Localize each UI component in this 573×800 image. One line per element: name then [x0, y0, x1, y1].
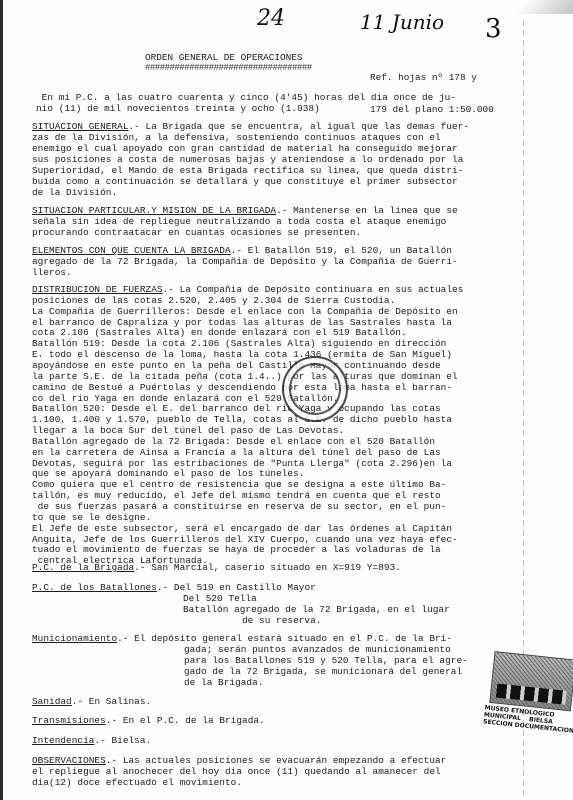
corner-smudge	[513, 0, 573, 14]
handwritten-date: 11 Junio	[360, 10, 444, 34]
text-line: to que se le designe.	[32, 513, 151, 524]
text-line: de sus fuerzas pasará a constituirse en …	[32, 502, 446, 513]
text-line: en la carretera de Ainsa a Francia a la …	[32, 448, 441, 459]
section-heading: OBSERVACIONES	[32, 755, 106, 766]
text-line: el repliegue al anochecer del hoy dia on…	[32, 767, 441, 778]
text-line: dia(12) doce efectuado el movimiento.	[32, 778, 242, 789]
text-line: posiciones de las cotas 2.520, 2.405 y 2…	[32, 296, 395, 307]
text-line: gado de la 72 Brigada, se municionará de…	[184, 667, 462, 678]
text-line: la parte S.E. de la citada peña (cota 1.…	[32, 372, 458, 383]
pc-brigada: P.C. de la Brigada.- San Marcial, caserí…	[32, 563, 401, 574]
section-heading: Municionamiento	[32, 633, 117, 644]
text-line: Batallón agregado de la 72 Brigada: Desd…	[32, 437, 435, 448]
text-line: para los Batallones 519 y 520 Tella, par…	[184, 656, 468, 667]
museum-stamp: MUSEO ETNOLOGICO MUNICIPAL BIELSA SECCIO…	[482, 651, 573, 745]
text-line: de su reserva.	[242, 616, 321, 627]
text-line: de la División.	[32, 188, 117, 199]
map-reference-line1: Ref. hojas nº 178 y	[370, 73, 494, 84]
section-heading: Transmisiones	[32, 715, 106, 726]
round-seal	[282, 356, 348, 422]
intro-line1: En mi P.C. a las cuatro cuarenta y cinco…	[36, 93, 456, 104]
text-line: lleros.	[32, 268, 72, 279]
intro-line2: nio (11) de mil novecientos treinta y oc…	[36, 104, 320, 115]
section-heading: ELEMENTOS CON QUE CUENTA LA BRIGADA	[32, 245, 231, 256]
section-heading: P.C. de la Brigada	[32, 562, 134, 573]
situacion-general: SITUACION GENERAL.- La Brigada que se en…	[32, 122, 469, 133]
text-line: zas de la División, a la defensiva, sost…	[32, 133, 441, 144]
handwritten-page-number: 24	[257, 6, 285, 31]
document-title: ORDEN GENERAL DE OPERACIONES	[145, 52, 303, 63]
transmisiones: Transmisiones.- En el P.C. de la Brigada…	[32, 716, 265, 727]
text-line: agregado de la 72 Brigada, la Compañia d…	[32, 257, 458, 268]
title-underline: ##################################	[145, 63, 312, 73]
section-heading: Intendencia	[32, 735, 94, 746]
intendencia: Intendencia.- Bielsa.	[32, 736, 151, 747]
text-line: gada; serán puntos avanzados de municion…	[184, 645, 451, 656]
text-line: sus posiciones a costa de numerosas baja…	[32, 155, 463, 166]
text-line: Batallón agregado de la 72 Brigada, en e…	[183, 605, 450, 616]
text-line: señala sin idea de repliegue neutralizan…	[32, 217, 446, 228]
section-heading: Sanidad	[32, 696, 72, 707]
section-heading: P.C. de los Batallones	[32, 582, 157, 593]
text-line: El Jefe de este subsector, será el encar…	[32, 524, 452, 535]
section-heading: SITUACION GENERAL	[32, 121, 129, 132]
section-heading: DISTRIBUCION DE FUERZAS	[32, 284, 163, 295]
text-line: Superioridad, el Mando de esta Brigada r…	[32, 166, 463, 177]
observaciones: OBSERVACIONES.- Las actuales posiciones …	[32, 756, 446, 767]
text-line: enemigo el cual apoyado con gran cantida…	[32, 144, 458, 155]
elementos: ELEMENTOS CON QUE CUENTA LA BRIGADA.- El…	[32, 246, 452, 257]
text-line: Del 520 Tella	[183, 594, 257, 605]
sanidad: Sanidad.- En Salinas.	[32, 697, 151, 708]
document-page: 24 11 Junio 3 ORDEN GENERAL DE OPERACION…	[0, 0, 573, 800]
text-line: La Compañia de Guerrilleros: Desde el en…	[32, 307, 458, 318]
handwritten-sheet-number: 3	[485, 14, 502, 44]
situacion-particular: SITUACION PARTICULAR.Y MISION DE LA BRIG…	[32, 206, 458, 217]
section-heading: SITUACION PARTICULAR.Y MISION DE LA BRIG…	[32, 205, 276, 216]
text-line: procurando contraatacar en cuantas ocasi…	[32, 228, 361, 239]
pc-batallones: P.C. de los Batallones.- Del 519 en Cast…	[32, 583, 316, 594]
text-line: buida como a continuación se detallará y…	[32, 177, 458, 188]
distribucion: DISTRIBUCION DE FUERZAS.- La Compañia de…	[32, 285, 463, 296]
text-line: camino de Bestué a Puértolas y descendie…	[32, 383, 452, 394]
municionamiento: Municionamiento.- El depósito general es…	[32, 634, 452, 645]
page-edge	[0, 0, 3, 800]
text-line: de la Brigada.	[184, 678, 263, 689]
map-reference-line2: 179 del plano 1:50.000	[370, 105, 494, 116]
text-line: apoyándose en este punto en la peña del …	[32, 361, 441, 372]
